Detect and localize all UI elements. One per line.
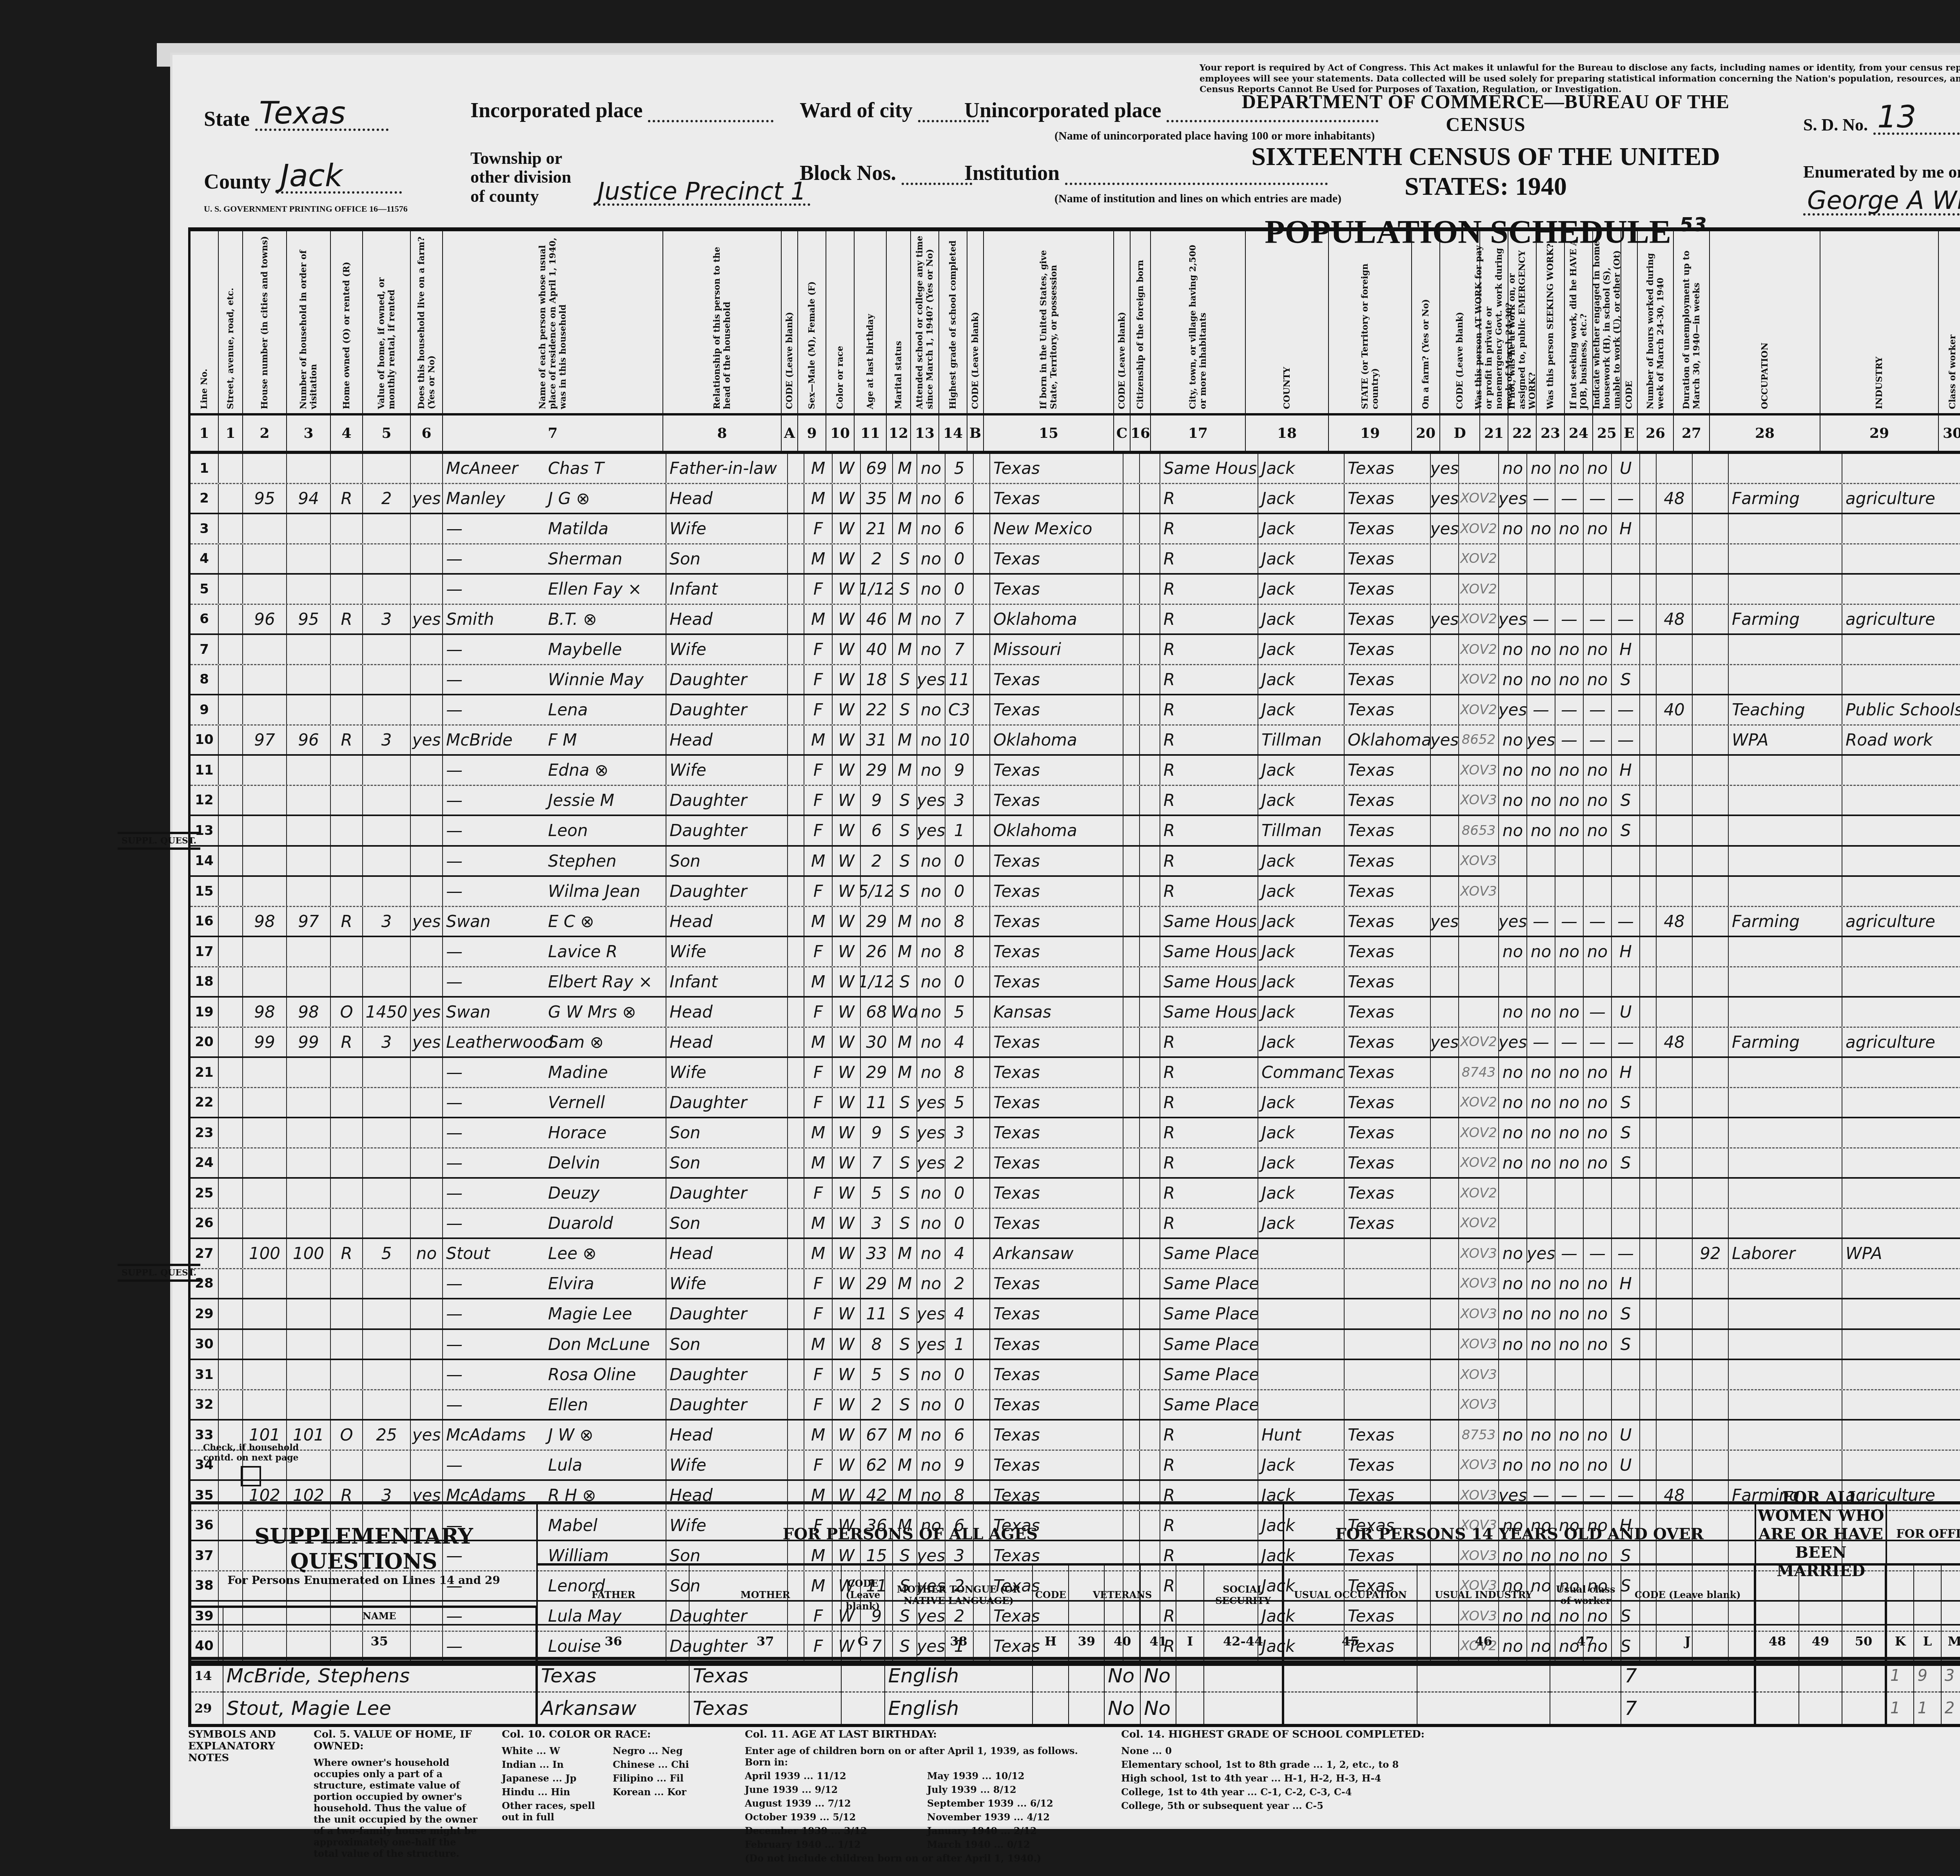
- cell-school: no: [917, 1421, 946, 1450]
- cell-c25: [1612, 575, 1640, 604]
- cell-codeE: [1640, 1028, 1657, 1057]
- cell-c24: —: [1584, 605, 1612, 634]
- cell-c24: —: [1584, 998, 1612, 1027]
- given-name: Don McLune: [548, 1335, 650, 1354]
- cell-farm: [411, 816, 443, 845]
- cell-codeE: [1640, 544, 1657, 573]
- cell-grade: 0: [946, 1179, 974, 1208]
- column-header-label: CODE (Leave blank): [970, 231, 980, 413]
- column-header-label: On a farm? (Yes or No): [1421, 231, 1431, 413]
- cell-code_d: XOV3: [1459, 1299, 1499, 1328]
- cell-visit: [287, 1390, 331, 1419]
- cell-tenure: [331, 1058, 363, 1087]
- cell-c26: [1657, 1299, 1693, 1328]
- column-number: 1: [219, 413, 242, 451]
- cell-farm: [411, 1179, 443, 1208]
- cell-codeA: [788, 484, 804, 513]
- table-row: 9—LenaDaughterFW22SnoC3TexasRJackTexasXO…: [191, 695, 1960, 726]
- cell-relation: Infant: [666, 575, 788, 604]
- explanatory-notes: SYMBOLS AND EXPLANATORY NOTESCol. 5. VAL…: [188, 1729, 1960, 1819]
- cell-res_state: Texas: [1345, 756, 1431, 785]
- column-header-label: If not, was he at work on, or assigned t…: [1507, 231, 1537, 413]
- cell-codeC: [1123, 967, 1140, 996]
- cell-industry: [1842, 1088, 1960, 1117]
- supp-line-no: 14: [191, 1660, 223, 1693]
- cell-name: —Matilda: [443, 514, 666, 543]
- column-number: 7: [443, 413, 662, 451]
- note-text: Col. 5. VALUE OF HOME, IF OWNED:: [314, 1729, 478, 1752]
- cell-res_farm: [1431, 1451, 1459, 1480]
- supp-cell: No: [1105, 1660, 1140, 1693]
- cell-value: [363, 967, 411, 996]
- supp-cell: [1176, 1660, 1203, 1693]
- township-value: Justice Precinct 1: [593, 179, 810, 206]
- column-number: 3: [287, 413, 330, 451]
- cell-street: [219, 1330, 243, 1359]
- supp-column-number: I: [1176, 1624, 1203, 1660]
- column-header-label: If not seeking work, did he HAVE A JOB, …: [1568, 231, 1589, 413]
- column-header: Name of each person whose usual place of…: [443, 231, 663, 451]
- column-header: Indicate whether engaged in home housewo…: [1593, 231, 1621, 451]
- cell-value: [363, 454, 411, 483]
- cell-name: —Vernell: [443, 1088, 666, 1117]
- cell-marital: M: [893, 454, 917, 483]
- cell-res_city: Same House: [1160, 454, 1258, 483]
- cell-farm: yes: [411, 998, 443, 1027]
- given-name: Leon: [548, 821, 588, 840]
- cell-code_d: XOV3: [1459, 1239, 1499, 1268]
- cell-c26: [1657, 1330, 1693, 1359]
- cell-c23: no: [1555, 635, 1584, 664]
- cell-school: no: [917, 484, 946, 513]
- cell-codeA: [788, 1088, 804, 1117]
- cell-sex: F: [804, 1451, 833, 1480]
- cell-c22: no: [1527, 1088, 1555, 1117]
- cell-res_state: Texas: [1345, 1209, 1431, 1238]
- note-text: College, 5th or subsequent year ... C-5: [1121, 1800, 1474, 1811]
- cell-c23: [1555, 877, 1584, 906]
- cell-codeB: [974, 1390, 990, 1419]
- cell-code_d: XOV2: [1459, 1088, 1499, 1117]
- cell-value: [363, 575, 411, 604]
- cell-visit: [287, 967, 331, 996]
- cell-line: 32: [191, 1390, 219, 1419]
- note-text: White ... W: [502, 1745, 610, 1756]
- cell-c22: no: [1527, 1118, 1555, 1147]
- cell-res_farm: [1431, 877, 1459, 906]
- cell-c22: [1527, 1390, 1555, 1419]
- cell-res_county: Jack: [1258, 1088, 1345, 1117]
- cell-res_farm: yes: [1431, 726, 1459, 755]
- cell-codeB: [974, 1239, 990, 1268]
- cell-visit: 100: [287, 1239, 331, 1268]
- surname: —: [446, 1395, 548, 1414]
- surname: Swan: [446, 1002, 548, 1021]
- cell-industry: [1842, 575, 1960, 604]
- surname: —: [446, 1153, 548, 1172]
- cell-res_county: Hunt: [1258, 1421, 1345, 1450]
- cell-c25: —: [1612, 1028, 1640, 1057]
- checkbox[interactable]: [241, 1466, 261, 1486]
- cell-c25: U: [1612, 998, 1640, 1027]
- cell-c23: [1555, 575, 1584, 604]
- given-name: Jessie M: [548, 791, 614, 810]
- cell-res_state: Texas: [1345, 877, 1431, 906]
- cell-codeA: [788, 514, 804, 543]
- cell-street: [219, 726, 243, 755]
- column-header: Sex—Male (M), Female (F)9: [798, 231, 826, 451]
- cell-value: [363, 1299, 411, 1328]
- cell-codeA: [788, 967, 804, 996]
- cell-race: W: [833, 847, 861, 876]
- cell-marital: Wd: [893, 998, 917, 1027]
- note-text: Negro ... Neg: [613, 1745, 721, 1756]
- supp-column-header: CODE (Leave blank): [1621, 1566, 1754, 1624]
- table-row: 33101101O25yesMcAdamsJ W ⊗HeadMW67Mno6Te…: [191, 1421, 1960, 1451]
- column-header-label: Street, avenue, road, etc.: [225, 231, 236, 413]
- cell-relation: Daughter: [666, 1390, 788, 1419]
- cell-res_county: Jack: [1258, 695, 1345, 724]
- cell-school: no: [917, 1058, 946, 1087]
- cell-school: yes: [917, 816, 946, 845]
- supp-column: 49: [1799, 1566, 1842, 1724]
- cell-sex: F: [804, 1390, 833, 1419]
- cell-codeE: [1640, 575, 1657, 604]
- given-name: Magie Lee: [548, 1304, 632, 1323]
- cell-codeE: [1640, 1088, 1657, 1117]
- cell-name: SwanG W Mrs ⊗: [443, 998, 666, 1027]
- column-header: Attended school or college any time sinc…: [911, 231, 939, 451]
- cell-codeA: [788, 847, 804, 876]
- cell-c25: S: [1612, 816, 1640, 845]
- cell-codeA: [788, 1209, 804, 1238]
- cell-marital: S: [893, 1148, 917, 1177]
- supp-column-number: 35: [223, 1624, 535, 1660]
- cell-house: [243, 1360, 287, 1389]
- cell-industry: [1842, 514, 1960, 543]
- household-continued-checkbox[interactable]: Check, if household contd. on next page: [192, 1442, 310, 1486]
- cell-tenure: [331, 756, 363, 785]
- cell-marital: S: [893, 1330, 917, 1359]
- cell-school: no: [917, 1209, 946, 1238]
- cell-name: SwanE C ⊗: [443, 907, 666, 936]
- cell-c27: [1693, 695, 1729, 724]
- cell-grade: 6: [946, 484, 974, 513]
- cell-industry: [1842, 1421, 1960, 1450]
- cell-c22: [1527, 877, 1555, 906]
- cell-relation: Daughter: [666, 816, 788, 845]
- given-name: G W Mrs ⊗: [548, 1002, 636, 1021]
- cell-house: [243, 1269, 287, 1298]
- cell-c22: yes: [1527, 1239, 1555, 1268]
- office-cell: 9: [1914, 1660, 1940, 1693]
- surname: Leatherwood: [446, 1032, 548, 1052]
- cell-farm: [411, 967, 443, 996]
- cell-farm: [411, 877, 443, 906]
- column-header: Class of worker30: [1939, 231, 1960, 451]
- cell-codeA: [788, 635, 804, 664]
- cell-codeC: [1123, 786, 1140, 815]
- cell-code_d: [1459, 937, 1499, 966]
- table-row: 28—ElviraWifeFW29Mno2TexasSame PlaceXOV3…: [191, 1269, 1960, 1300]
- cell-c25: H: [1612, 1058, 1640, 1087]
- office-cell: 2: [1942, 1693, 1960, 1724]
- cell-industry: agriculture: [1842, 484, 1960, 513]
- cell-birthplace: Oklahoma: [990, 816, 1123, 845]
- cell-codeC: [1123, 1088, 1140, 1117]
- cell-res_county: Jack: [1258, 756, 1345, 785]
- cell-name: —Elvira: [443, 1269, 666, 1298]
- cell-cit: [1140, 998, 1160, 1027]
- cell-tenure: R: [331, 1239, 363, 1268]
- column-header-label: Does this household live on a farm? (Yes…: [416, 231, 437, 413]
- cell-age: 5: [861, 1179, 893, 1208]
- cell-codeB: [974, 1330, 990, 1359]
- cell-street: [219, 665, 243, 694]
- cell-codeA: [788, 1118, 804, 1147]
- table-row: 12—Jessie MDaughterFW9Syes3TexasRJackTex…: [191, 786, 1960, 816]
- cell-c25: S: [1612, 1299, 1640, 1328]
- cell-age: 9: [861, 1118, 893, 1147]
- supp-title-text: SUPPLEMENTARY QUESTIONS: [191, 1524, 536, 1574]
- cell-school: no: [917, 1390, 946, 1419]
- cell-birthplace: Texas: [990, 1028, 1123, 1057]
- cell-name: —Elbert Ray ×: [443, 967, 666, 996]
- cell-school: yes: [917, 1148, 946, 1177]
- table-row: 29594R2yesManleyJ G ⊗HeadMW35Mno6TexasRJ…: [191, 484, 1960, 515]
- cell-c27: [1693, 967, 1729, 996]
- cell-school: no: [917, 1269, 946, 1298]
- note-text: Other races, spell out in full: [502, 1800, 610, 1823]
- surname: Smith: [446, 610, 548, 629]
- cell-name: —Stephen: [443, 847, 666, 876]
- cell-line: 4: [191, 544, 219, 573]
- cell-c21: no: [1499, 1421, 1527, 1450]
- cell-c25: —: [1612, 605, 1640, 634]
- cell-res_farm: [1431, 967, 1459, 996]
- cell-c23: no: [1555, 1299, 1584, 1328]
- supp-office-section: FOR OFFICE USE ONLY—DO NOT WRITE IN THES…: [1887, 1504, 1960, 1724]
- cell-grade: 0: [946, 847, 974, 876]
- column-number: 28: [1710, 413, 1820, 451]
- supp-office-title: FOR OFFICE USE ONLY—DO NOT WRITE IN THES…: [1887, 1504, 1960, 1566]
- cell-codeC: [1123, 605, 1140, 634]
- supp-column-header: MOTHER TONGUE (OR NATIVE LANGUAGE): [885, 1566, 1033, 1624]
- supp-column: USUAL OCCUPATION45: [1284, 1566, 1417, 1724]
- cell-birthplace: Texas: [990, 1118, 1123, 1147]
- cell-street: [219, 695, 243, 724]
- given-name: Rosa Oline: [548, 1365, 636, 1384]
- cell-race: W: [833, 937, 861, 966]
- cell-school: yes: [917, 1088, 946, 1117]
- cell-res_county: [1258, 1269, 1345, 1298]
- surname: —: [446, 1093, 548, 1112]
- cell-relation: Daughter: [666, 1088, 788, 1117]
- cell-name: —Lena: [443, 695, 666, 724]
- note-text: September 1939 ... 6/12: [927, 1798, 1098, 1809]
- cell-age: 1/12: [861, 575, 893, 604]
- given-name: Horace: [548, 1123, 606, 1142]
- cell-grade: 8: [946, 937, 974, 966]
- cell-res_state: [1345, 1360, 1431, 1389]
- cell-codeE: [1640, 877, 1657, 906]
- cell-c25: H: [1612, 514, 1640, 543]
- cell-sex: M: [804, 484, 833, 513]
- supp-column-header: MOTHER: [690, 1566, 840, 1624]
- cell-occupation: [1729, 454, 1842, 483]
- cell-sex: F: [804, 1299, 833, 1328]
- cell-cit: [1140, 1360, 1160, 1389]
- cell-codeC: [1123, 1390, 1140, 1419]
- supp-column: MOTHER37TexasTexas: [690, 1566, 841, 1724]
- cell-sex: M: [804, 907, 833, 936]
- cell-value: [363, 665, 411, 694]
- column-header: CODE (Leave blank)B: [967, 231, 984, 451]
- cell-sex: F: [804, 877, 833, 906]
- cell-age: 35: [861, 484, 893, 513]
- given-name: J G ⊗: [548, 489, 590, 508]
- column-header: Relationship of this person to the head …: [663, 231, 782, 451]
- supp-cell: [1069, 1660, 1104, 1693]
- cell-res_farm: yes: [1431, 907, 1459, 936]
- table-row: 26—DuaroldSonMW3Sno0TexasRJackTexasXOV22…: [191, 1209, 1960, 1239]
- cell-house: [243, 877, 287, 906]
- cell-sex: F: [804, 1360, 833, 1389]
- cell-value: [363, 877, 411, 906]
- cell-res_city: R: [1160, 726, 1258, 755]
- cell-codeA: [788, 575, 804, 604]
- cell-codeE: [1640, 816, 1657, 845]
- cell-codeA: [788, 937, 804, 966]
- cell-codeB: [974, 786, 990, 815]
- cell-age: 40: [861, 635, 893, 664]
- table-row: 5—Ellen Fay ×InfantFW1/12Sno0TexasRJackT…: [191, 575, 1960, 605]
- cell-codeE: [1640, 786, 1657, 815]
- surname: —: [446, 1063, 548, 1082]
- cell-race: W: [833, 635, 861, 664]
- cell-c27: [1693, 877, 1729, 906]
- cell-occupation: [1729, 786, 1842, 815]
- column-header-label: CODE: [1624, 231, 1634, 413]
- cell-industry: [1842, 937, 1960, 966]
- given-name: Deuzy: [548, 1183, 600, 1203]
- surname: —: [446, 942, 548, 961]
- cell-res_county: Jack: [1258, 575, 1345, 604]
- given-name: Sam ⊗: [548, 1032, 604, 1052]
- cell-c27: [1693, 756, 1729, 785]
- cell-line: 9: [191, 695, 219, 724]
- column-header-label: Relationship of this person to the head …: [712, 231, 732, 413]
- cell-c27: [1693, 1028, 1729, 1057]
- note-text: December 1939 ... 3/12: [745, 1825, 915, 1836]
- cell-c26: [1657, 756, 1693, 785]
- cell-c24: no: [1584, 514, 1612, 543]
- cell-res_state: Texas: [1345, 665, 1431, 694]
- cell-marital: M: [893, 1028, 917, 1057]
- column-header: Highest grade of school completed14: [939, 231, 967, 451]
- cell-res_city: Same House: [1160, 907, 1258, 936]
- cell-relation: Head: [666, 907, 788, 936]
- cell-age: 5: [861, 1360, 893, 1389]
- column-header: INDUSTRY29: [1820, 231, 1939, 451]
- cell-codeE: [1640, 514, 1657, 543]
- cell-cit: [1140, 1028, 1160, 1057]
- cell-c22: —: [1527, 695, 1555, 724]
- cell-school: no: [917, 1360, 946, 1389]
- cell-race: W: [833, 514, 861, 543]
- cell-value: 3: [363, 907, 411, 936]
- column-header-label: Value of home, if owned, or monthly rent…: [376, 231, 397, 413]
- column-header-label: Highest grade of school completed: [948, 231, 958, 413]
- cell-relation: Daughter: [666, 786, 788, 815]
- cell-street: [219, 544, 243, 573]
- cell-res_state: Texas: [1345, 695, 1431, 724]
- office-column-header: [1914, 1566, 1940, 1624]
- cell-codeC: [1123, 484, 1140, 513]
- cell-marital: S: [893, 786, 917, 815]
- cell-c26: [1657, 1360, 1693, 1389]
- cell-res_farm: [1431, 937, 1459, 966]
- cell-res_county: Tillman: [1258, 726, 1345, 755]
- cell-tenure: [331, 544, 363, 573]
- cell-value: [363, 937, 411, 966]
- cell-farm: [411, 635, 443, 664]
- cell-grade: 7: [946, 635, 974, 664]
- supp-section-title: FOR PERSONS OF ALL AGES: [538, 1504, 1283, 1566]
- cell-name: —Jessie M: [443, 786, 666, 815]
- cell-name: —Deuzy: [443, 1179, 666, 1208]
- cell-c27: [1693, 665, 1729, 694]
- given-name: Elbert Ray ×: [548, 972, 652, 991]
- cell-school: yes: [917, 786, 946, 815]
- cell-sex: M: [804, 726, 833, 755]
- cell-line: 3: [191, 514, 219, 543]
- cell-c23: [1555, 1390, 1584, 1419]
- table-row: 23—HoraceSonMW9Syes3TexasRJackTexasXOV2n…: [191, 1118, 1960, 1148]
- cell-name: —Leon: [443, 816, 666, 845]
- cell-code_d: [1459, 907, 1499, 936]
- cell-c27: [1693, 937, 1729, 966]
- surname: Stout: [446, 1244, 548, 1263]
- note-text: Where owner's household occupies only a …: [314, 1757, 478, 1859]
- surname: —: [446, 791, 548, 810]
- cell-line: 26: [191, 1209, 219, 1238]
- cell-c22: —: [1527, 907, 1555, 936]
- supp-column-number: 39: [1069, 1624, 1104, 1660]
- table-row: 69695R3yesSmithB.T. ⊗HeadMW46Mno7Oklahom…: [191, 605, 1960, 635]
- cell-codeB: [974, 1299, 990, 1328]
- cell-sex: F: [804, 937, 833, 966]
- column-header: CODE (Leave blank)A: [782, 231, 798, 451]
- cell-code_d: XOV2: [1459, 1209, 1499, 1238]
- cell-codeE: [1640, 1239, 1657, 1268]
- cell-birthplace: Texas: [990, 1330, 1123, 1359]
- cell-sex: F: [804, 1088, 833, 1117]
- cell-industry: [1842, 1360, 1960, 1389]
- cell-codeB: [974, 1360, 990, 1389]
- cell-marital: M: [893, 1269, 917, 1298]
- cell-res_county: Jack: [1258, 1118, 1345, 1147]
- cell-race: W: [833, 998, 861, 1027]
- cell-line: 7: [191, 635, 219, 664]
- cell-cit: [1140, 1451, 1160, 1480]
- cell-sex: M: [804, 454, 833, 483]
- cell-marital: S: [893, 847, 917, 876]
- cell-street: [219, 635, 243, 664]
- cell-visit: [287, 1209, 331, 1238]
- surname: Swan: [446, 912, 548, 931]
- cell-res_farm: [1431, 1421, 1459, 1450]
